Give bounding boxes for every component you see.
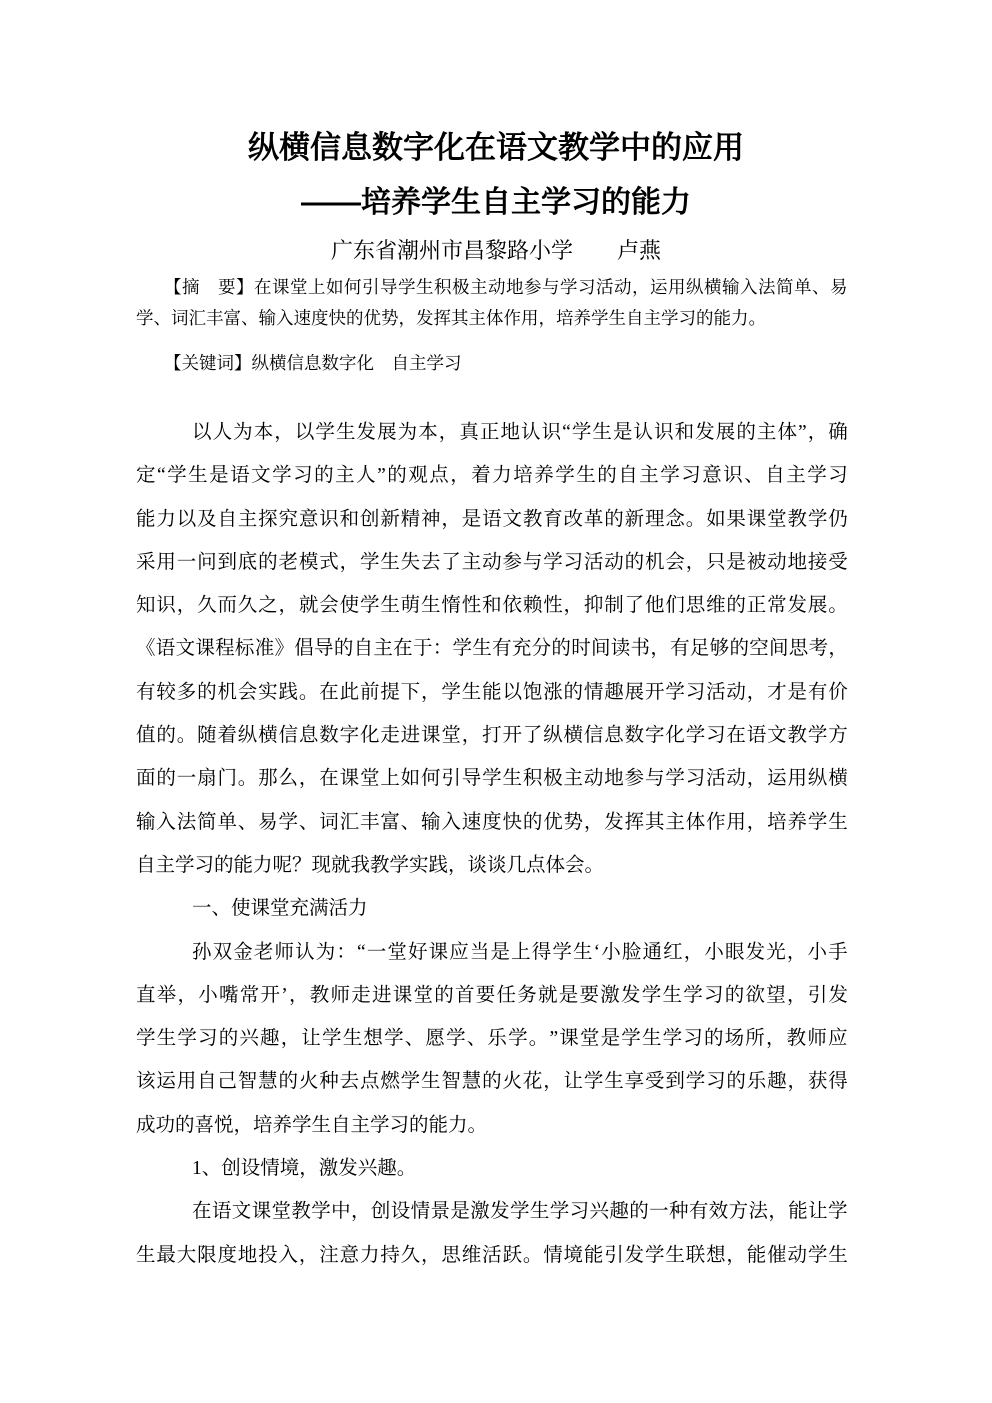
keywords-line: 【关键词】纵横信息数字化 自主学习 — [136, 348, 848, 379]
text-line: 【摘 要】在课堂上如何引导学生积极主动地参与学习活动，运用纵横输入法简单、易 — [136, 272, 848, 303]
text-line: 孙双金老师认为：“一堂好课应当是上得学生‘小脸通红，小眼发光，小手 — [136, 931, 848, 974]
text-line: 采用一问到底的老模式，学生失去了主动参与学习活动的机会，只是被动地接受 — [136, 541, 848, 584]
abstract-section: 【摘 要】在课堂上如何引导学生积极主动地参与学习活动，运用纵横输入法简单、易学、… — [136, 272, 848, 334]
text-line: 生最大限度地投入，注意力持久，思维活跃。情境能引发学生联想，能催动学生 — [136, 1234, 848, 1277]
text-line: 能力以及自主探究意识和创新精神，是语文教育改革的新理念。如果课堂教学仍 — [136, 498, 848, 541]
text-line: 在语文课堂教学中，创设情景是激发学生学习兴趣的一种有效方法，能让学 — [136, 1190, 848, 1233]
text-line: 自主学习的能力呢？现就我教学实践，谈谈几点体会。 — [136, 844, 848, 887]
text-line: 直举，小嘴常开’，教师走进课堂的首要任务就是要激发学生学习的欲望，引发 — [136, 974, 848, 1017]
text-line: 《语文课程标准》倡导的自主在于：学生有充分的时间读书，有足够的空间思考， — [136, 627, 848, 670]
text-line: 知识，久而久之，就会使学生萌生惰性和依赖性，抑制了他们思维的正常发展。 — [136, 584, 848, 627]
text-line: 1、创设情境，激发兴趣。 — [136, 1147, 848, 1190]
text-line: 学生学习的兴趣，让学生想学、愿学、乐学。”课堂是学生学习的场所，教师应 — [136, 1017, 848, 1060]
document-subtitle: ——培养学生自主学习的能力 — [0, 177, 992, 221]
text-line: 定“学生是语文学习的主人”的观点，着力培养学生的自主学习意识、自主学习 — [136, 454, 848, 497]
text-line: 一、使课堂充满活力 — [136, 887, 848, 930]
body-text: 以人为本，以学生发展为本，真正地认识“学生是认识和发展的主体”，确定“学生是语文… — [136, 411, 848, 1277]
text-line: 输入法简单、易学、词汇丰富、输入速度快的优势，发挥其主体作用，培养学生 — [136, 801, 848, 844]
document-page: 纵横信息数字化在语文教学中的应用 ——培养学生自主学习的能力 广东省潮州市昌黎路… — [0, 0, 992, 1403]
text-line: 值的。随着纵横信息数字化走进课堂，打开了纵横信息数字化学习在语文教学方 — [136, 714, 848, 757]
author-byline: 广东省潮州市昌黎路小学 卢燕 — [0, 234, 992, 265]
text-line: 该运用自己智慧的火种去点燃学生智慧的火花，让学生享受到学习的乐趣，获得 — [136, 1060, 848, 1103]
text-line: 学、词汇丰富、输入速度快的优势，发挥其主体作用，培养学生自主学习的能力。 — [136, 303, 848, 334]
text-line: 有较多的机会实践。在此前提下，学生能以饱涨的情趣展开学习活动，才是有价 — [136, 671, 848, 714]
document-title: 纵横信息数字化在语文教学中的应用 — [0, 122, 992, 167]
text-line: 以人为本，以学生发展为本，真正地认识“学生是认识和发展的主体”，确 — [136, 411, 848, 454]
text-line: 面的一扇门。那么，在课堂上如何引导学生积极主动地参与学习活动，运用纵横 — [136, 757, 848, 800]
text-line: 成功的喜悦，培养学生自主学习的能力。 — [136, 1104, 848, 1147]
